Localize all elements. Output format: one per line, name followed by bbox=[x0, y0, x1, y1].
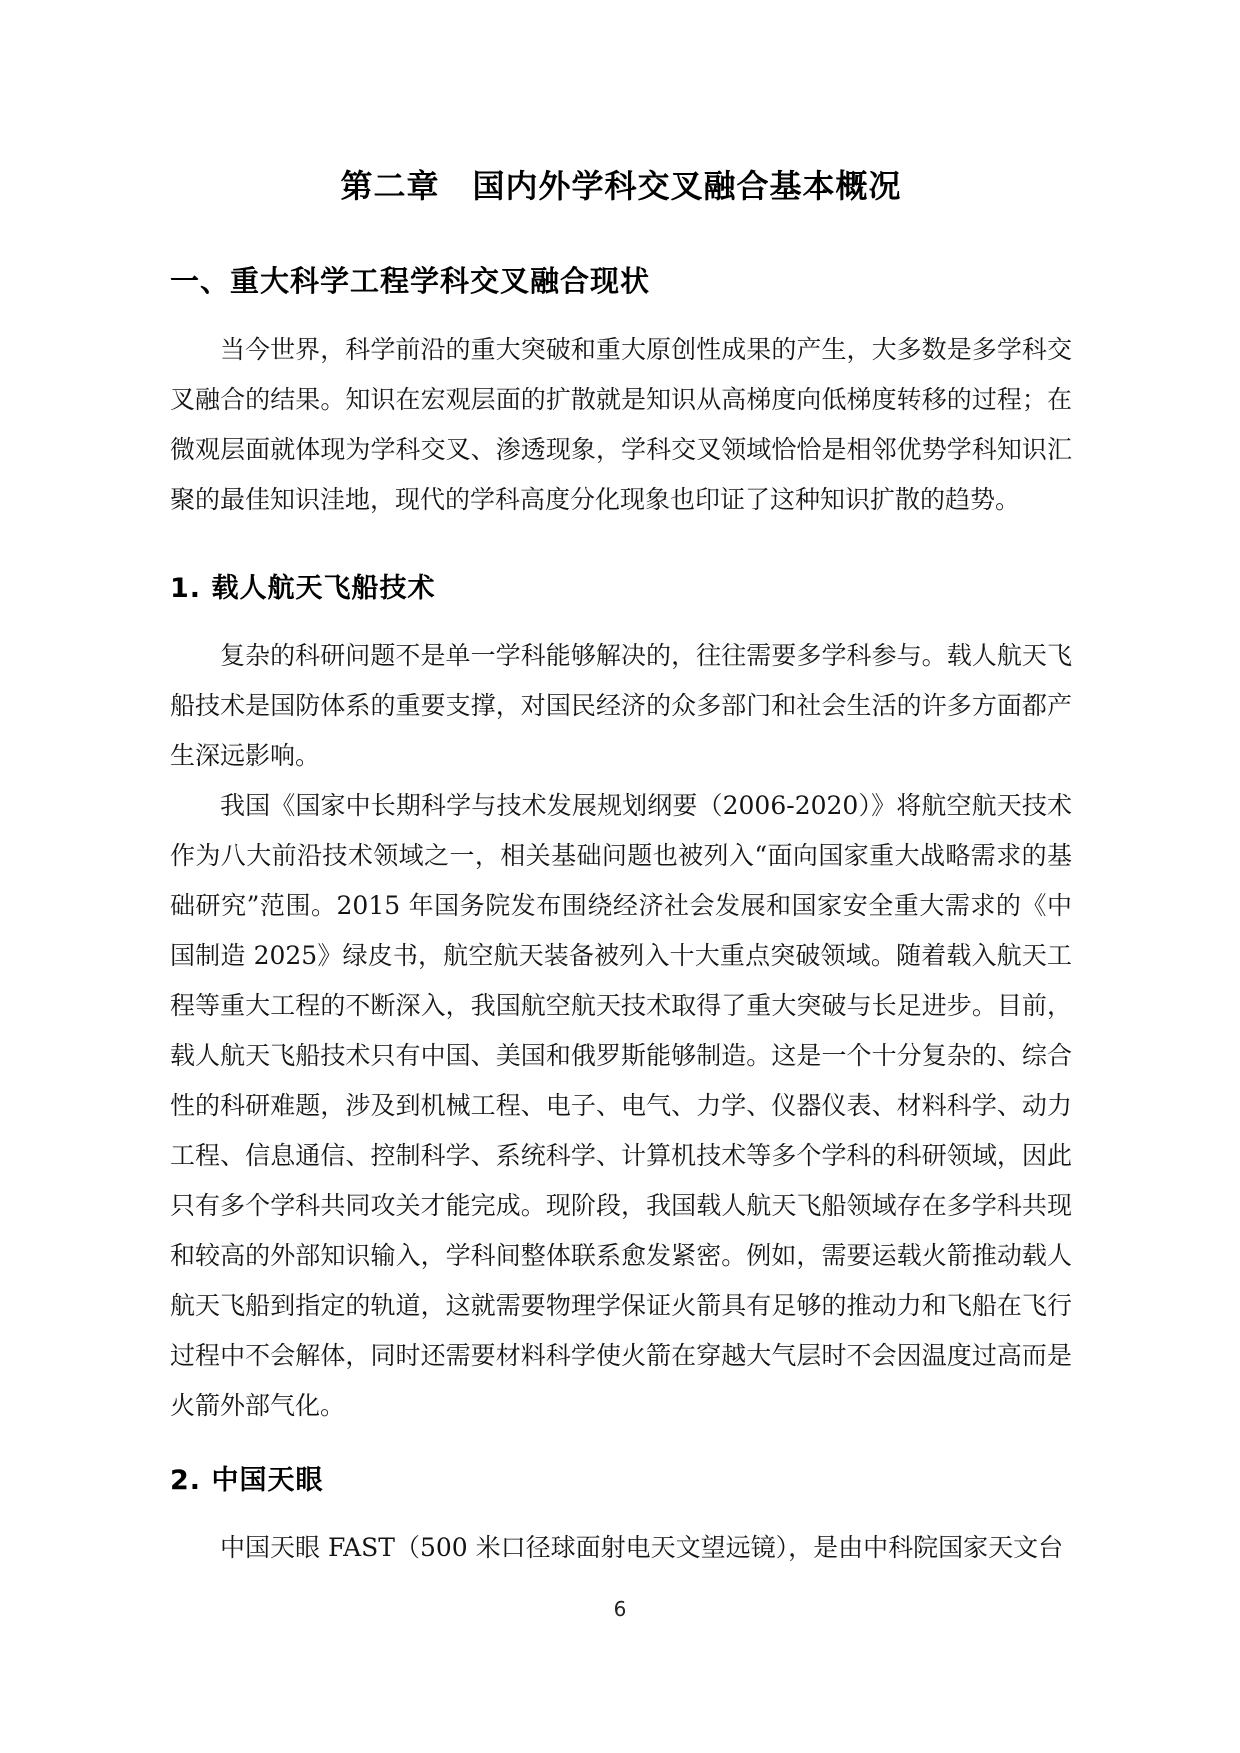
subsection-1-heading: 1. 载人航天飞船技术 bbox=[170, 571, 1072, 607]
page-content: 第二章 国内外学科交叉融合基本概况 一、重大科学工程学科交叉融合现状 当今世界，… bbox=[0, 0, 1240, 1573]
intro-paragraph: 当今世界，科学前沿的重大突破和重大原创性成果的产生，大多数是多学科交叉融合的结果… bbox=[170, 325, 1072, 525]
chapter-title: 第二章 国内外学科交叉融合基本概况 bbox=[170, 165, 1072, 207]
document-page: 第二章 国内外学科交叉融合基本概况 一、重大科学工程学科交叉融合现状 当今世界，… bbox=[0, 0, 1240, 1753]
subsection-1-paragraph-1: 复杂的科研问题不是单一学科能够解决的，往往需要多学科参与。载人航天飞船技术是国防… bbox=[170, 631, 1072, 781]
section-heading: 一、重大科学工程学科交叉融合现状 bbox=[170, 261, 1072, 301]
page-number: 6 bbox=[0, 1597, 1240, 1621]
subsection-2-paragraph-1: 中国天眼 FAST（500 米口径球面射电天文望远镜），是由中科院国家天文台 bbox=[170, 1523, 1072, 1573]
subsection-2-heading: 2. 中国天眼 bbox=[170, 1463, 1072, 1499]
subsection-1-paragraph-2: 我国《国家中长期科学与技术发展规划纲要（2006-2020）》将航空航天技术作为… bbox=[170, 781, 1072, 1431]
